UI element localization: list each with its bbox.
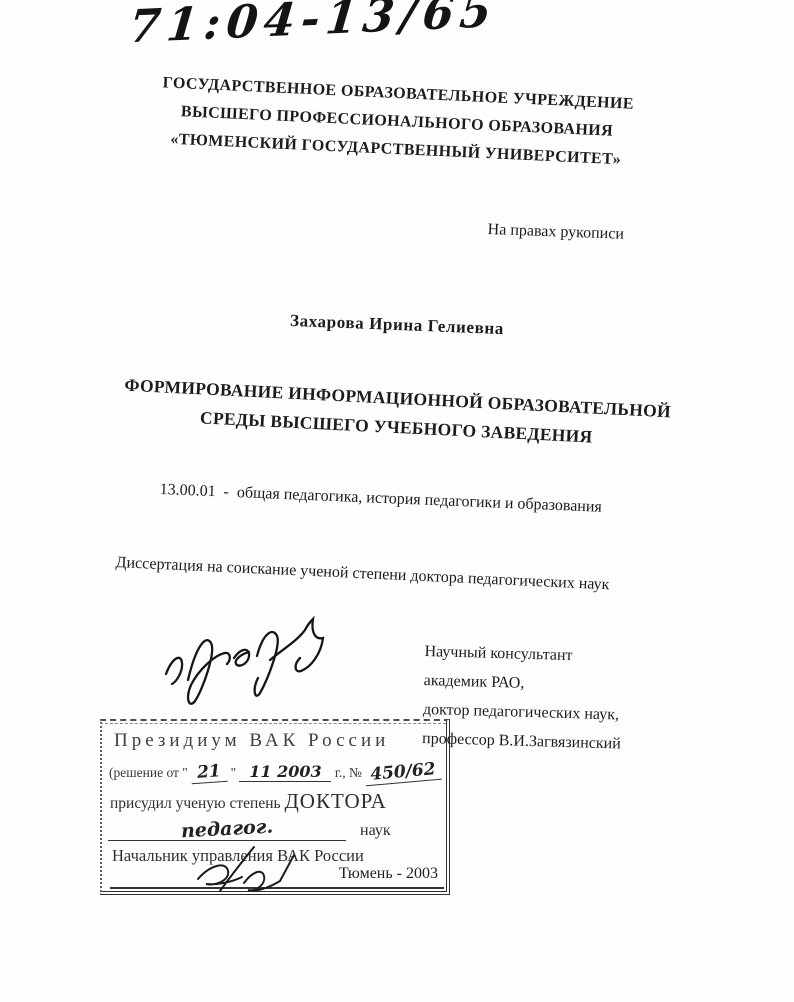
stamp-decision-quote: " [231, 765, 237, 780]
stamp-decision-middle: г., № [335, 765, 365, 780]
consultant-name: профессор В.И.Загвязинский [422, 724, 621, 759]
stamp-field-suffix: наук [360, 822, 391, 839]
city-year: Тюмень - 2003 [339, 865, 438, 882]
thesis-statement: Диссертация на соискание ученой степени … [115, 554, 610, 594]
handwritten-call-number: 71:04-13/65 [127, 0, 552, 53]
stamp-decision-prefix: (решение от " [109, 765, 188, 780]
dissertation-title: ФОРМИРОВАНИЕ ИНФОРМАЦИОННОЙ ОБРАЗОВАТЕЛЬ… [71, 368, 723, 458]
dissertation-title-page: 71:04-13/65 ГОСУДАРСТВЕННОЕ ОБРАЗОВАТЕЛЬ… [0, 0, 794, 1002]
manuscript-rights-note: На правах рукописи [487, 221, 702, 246]
specialty-code-line: 13.00.01 - общая педагогика, история пед… [159, 481, 602, 517]
consultant-signature [150, 592, 355, 710]
stamp-decision-date: 11 2003 [239, 762, 331, 782]
stamp-field-line: педагог.наук [108, 818, 391, 841]
stamp-degree: ДОКТОРА [284, 789, 386, 813]
stamp-awarded-line: присудил ученую степень ДОКТОРА [110, 789, 387, 814]
stamp-decision-number: 450/62 [364, 759, 442, 787]
vak-approval-stamp: Президиум ВАК России (решение от " 21 " … [100, 719, 450, 895]
stamp-awarded-text: присудил ученую степень [110, 795, 284, 812]
stamp-field-underline: педагог. [108, 818, 346, 841]
official-signature [190, 839, 320, 901]
author-name: Захарова Ирина Гелиевна [77, 303, 717, 348]
institution-heading: ГОСУДАРСТВЕННОЕ ОБРАЗОВАТЕЛЬНОЕ УЧРЕЖДЕН… [75, 66, 718, 179]
stamp-decision-day: 21 [190, 761, 227, 784]
consultant-block: Научный консультант академик РАО, доктор… [422, 637, 624, 759]
stamp-decision-line: (решение от " 21 " 11 2003 г., № 450/62 [109, 762, 427, 783]
stamp-header: Президиум ВАК России [114, 730, 389, 752]
